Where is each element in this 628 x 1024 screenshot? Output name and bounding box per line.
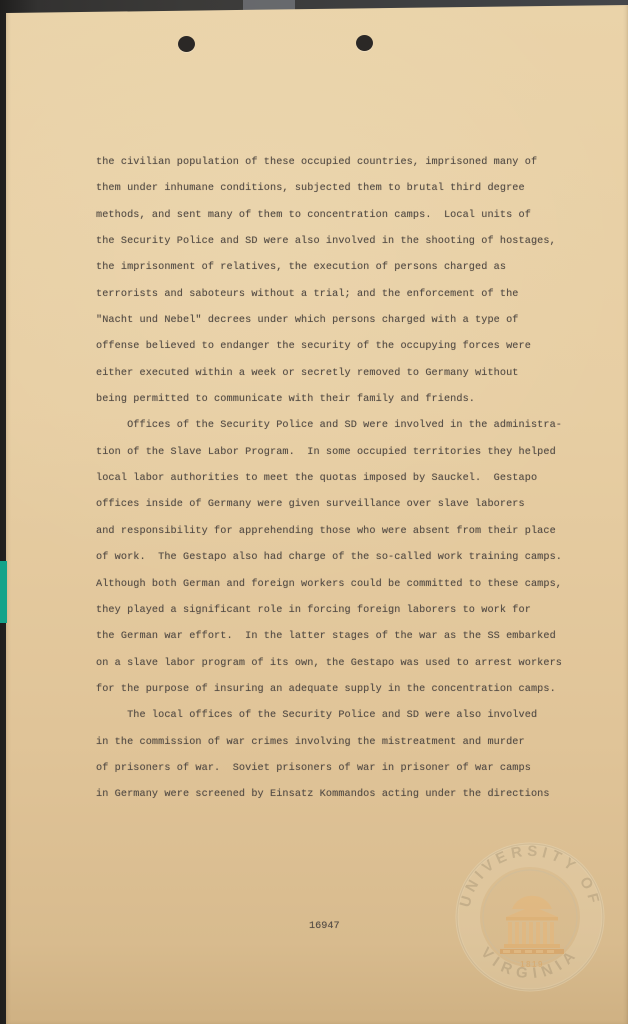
text-line: The local offices of the Security Police…: [96, 703, 596, 729]
typewritten-text-block: the civilian population of these occupie…: [96, 150, 596, 809]
text-line: they played a significant role in forcin…: [96, 598, 596, 624]
seal-year-text: 1819: [520, 960, 544, 969]
text-line: on a slave labor program of its own, the…: [96, 651, 596, 677]
text-line: the imprisonment of relatives, the execu…: [96, 255, 596, 281]
university-of-virginia-seal-watermark: UNIVERSITY OF VIRGINIA: [450, 837, 610, 997]
text-line: of work. The Gestapo also had charge of …: [96, 545, 596, 571]
text-line: terrorists and saboteurs without a trial…: [96, 282, 596, 308]
text-line: of prisoners of war. Soviet prisoners of…: [96, 756, 596, 782]
text-line: "Nacht und Nebel" decrees under which pe…: [96, 308, 596, 334]
text-line: the Security Police and SD were also inv…: [96, 229, 596, 255]
teal-edge-mark: [0, 561, 7, 623]
backdrop-light-patch: [243, 0, 295, 11]
text-line: either executed within a week or secretl…: [96, 361, 596, 387]
text-line: tion of the Slave Labor Program. In some…: [96, 440, 596, 466]
text-line: Although both German and foreign workers…: [96, 572, 596, 598]
text-line: for the purpose of insuring an adequate …: [96, 677, 596, 703]
document-page: the civilian population of these occupie…: [6, 0, 628, 1024]
text-line: offices inside of Germany were given sur…: [96, 492, 596, 518]
text-line: being permitted to communicate with thei…: [96, 387, 596, 413]
rotunda-icon: 1819: [500, 896, 564, 969]
text-line: and responsibility for apprehending thos…: [96, 519, 596, 545]
text-line: local labor authorities to meet the quot…: [96, 466, 596, 492]
text-line: offense believed to endanger the securit…: [96, 334, 596, 360]
text-line: the civilian population of these occupie…: [96, 150, 596, 176]
punch-hole-right: [356, 35, 373, 51]
text-line: them under inhumane conditions, subjecte…: [96, 176, 596, 202]
text-line: methods, and sent many of them to concen…: [96, 203, 596, 229]
text-line: the German war effort. In the latter sta…: [96, 624, 596, 650]
punch-hole-left: [178, 36, 195, 52]
text-line: in Germany were screened by Einsatz Komm…: [96, 782, 596, 808]
text-line: in the commission of war crimes involvin…: [96, 730, 596, 756]
page-number: 16947: [309, 921, 340, 932]
text-line: Offices of the Security Police and SD we…: [96, 413, 596, 439]
scan-backdrop: the civilian population of these occupie…: [0, 0, 628, 1024]
